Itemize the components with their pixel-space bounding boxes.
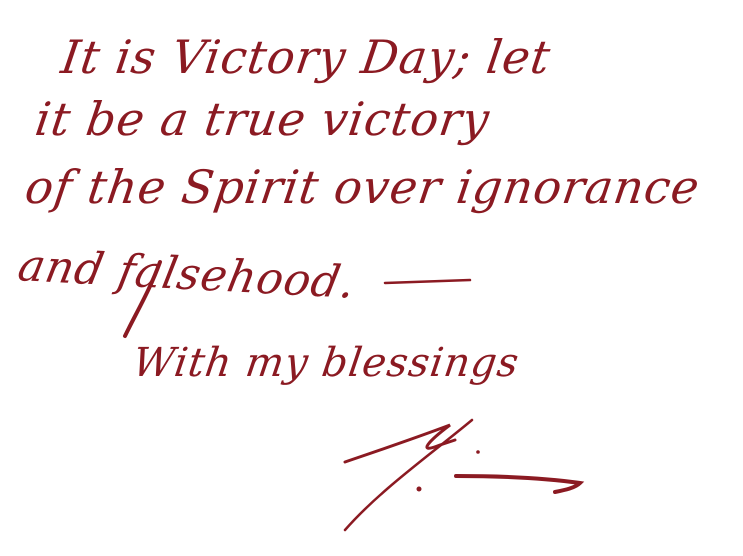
note-line-3: of the Spirit over ignorance [22, 160, 703, 214]
note-line-5: With my blessings [130, 340, 522, 386]
signature [300, 400, 600, 550]
note-line-2: it be a true victory [32, 92, 493, 146]
note-line-1: It is Victory Day; let [58, 30, 554, 84]
handwritten-note: It is Victory Day; let it be a true vict… [0, 0, 743, 556]
note-line-4: and falsehood. [14, 240, 360, 309]
